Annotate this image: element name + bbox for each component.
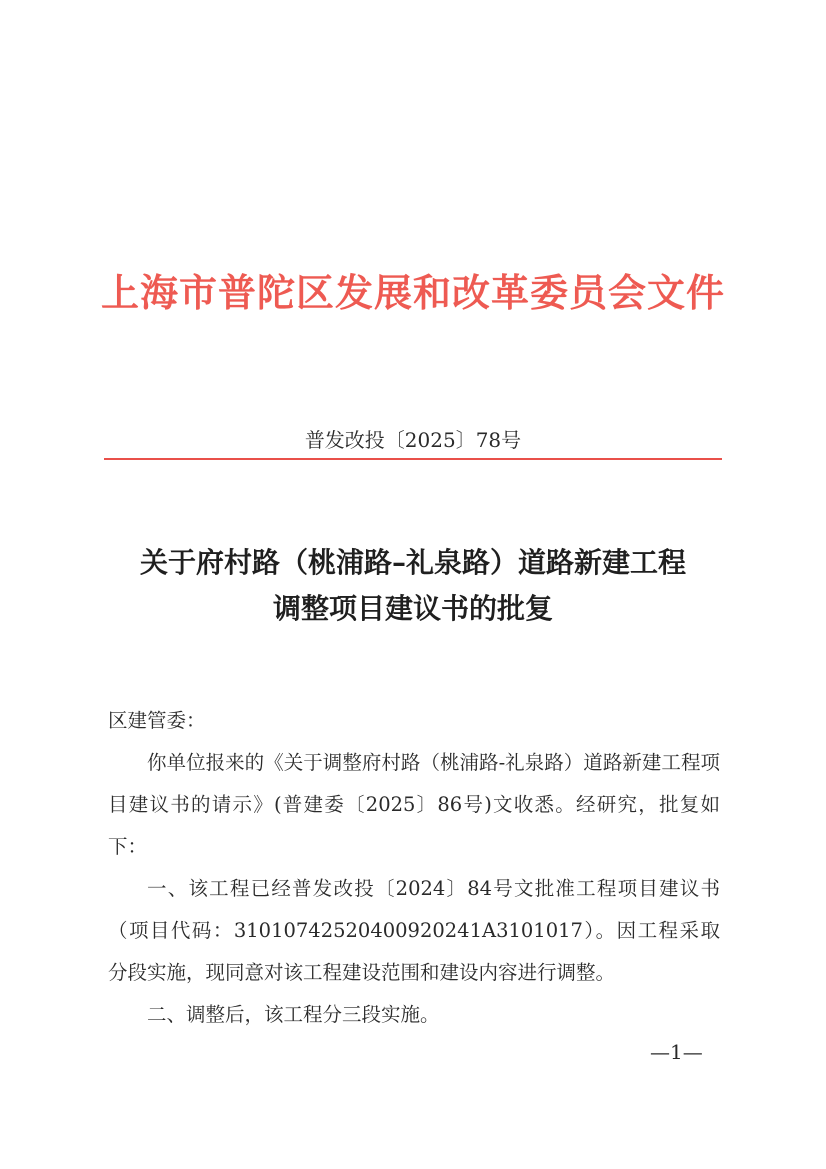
body-paragraph-2: 一、该工程已经普发改投〔2024〕84号文批准工程项目建议书（项目代码：3101… [108, 868, 720, 994]
document-title-line-2: 调整项目建议书的批复 [100, 586, 726, 632]
document-number: 普发改投〔2025〕78号 [100, 424, 726, 453]
body-paragraph-1: 你单位报来的《关于调整府村路（桃浦路-礼泉路）道路新建工程项目建议书的请示》(普… [108, 742, 720, 868]
document-body: 区建管委： 你单位报来的《关于调整府村路（桃浦路-礼泉路）道路新建工程项目建议书… [108, 700, 720, 1036]
page-number: —1— [650, 1040, 703, 1064]
salutation: 区建管委： [108, 700, 720, 742]
red-divider-line [104, 458, 722, 460]
issuer-header-title: 上海市普陀区发展和改革委员会文件 [100, 262, 726, 317]
document-title: 关于府村路（桃浦路–礼泉路）道路新建工程 调整项目建议书的批复 [100, 540, 726, 632]
body-paragraph-3: 二、调整后，该工程分三段实施。 [108, 994, 720, 1036]
document-title-line-1: 关于府村路（桃浦路–礼泉路）道路新建工程 [100, 540, 726, 586]
